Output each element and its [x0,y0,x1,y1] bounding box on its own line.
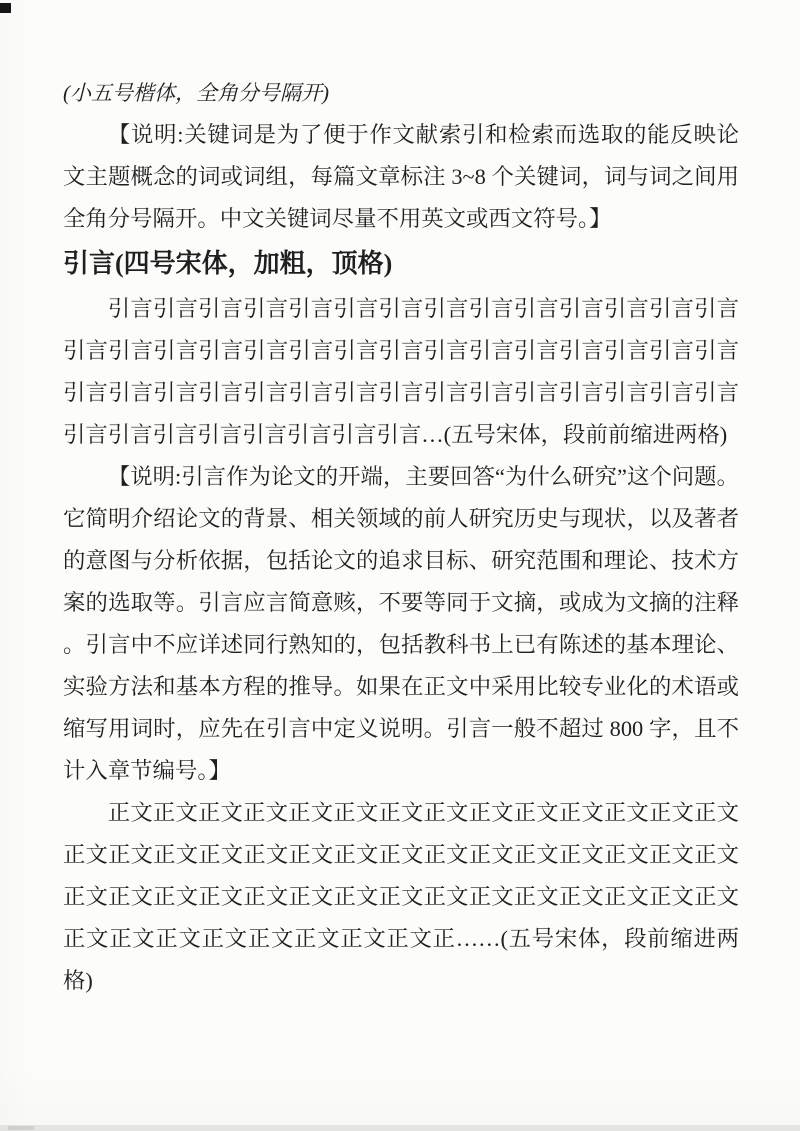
document-page: (小五号楷体，全角分号隔开) 【说明:关键词是为了便于作文献索引和检索而选取的能… [0,0,800,1131]
scan-artifact-mark [0,3,11,13]
document-body: (小五号楷体，全角分号隔开) 【说明:关键词是为了便于作文献索引和检索而选取的能… [63,72,739,1002]
keywords-format-note: (小五号楷体，全角分号隔开) [63,72,739,114]
introduction-explanation-paragraph: 【说明:引言作为论文的开端，主要回答“为什么研究”这个问题。它简明介绍论文的背景… [63,456,739,792]
introduction-filler-paragraph: 引言引言引言引言引言引言引言引言引言引言引言引言引言引言引言引言引言引言引言引言… [63,288,739,456]
page-bottom-scan-shadow [0,1125,800,1131]
main-text-filler-paragraph: 正文正文正文正文正文正文正文正文正文正文正文正文正文正文正文正文正文正文正文正文… [63,792,739,1002]
keywords-explanation-paragraph: 【说明:关键词是为了便于作文献索引和检索而选取的能反映论文主题概念的词或词组，每… [63,114,739,240]
scan-artifact-bottom-left [8,1126,34,1130]
introduction-section-heading: 引言(四号宋体，加粗，顶格) [63,240,739,288]
